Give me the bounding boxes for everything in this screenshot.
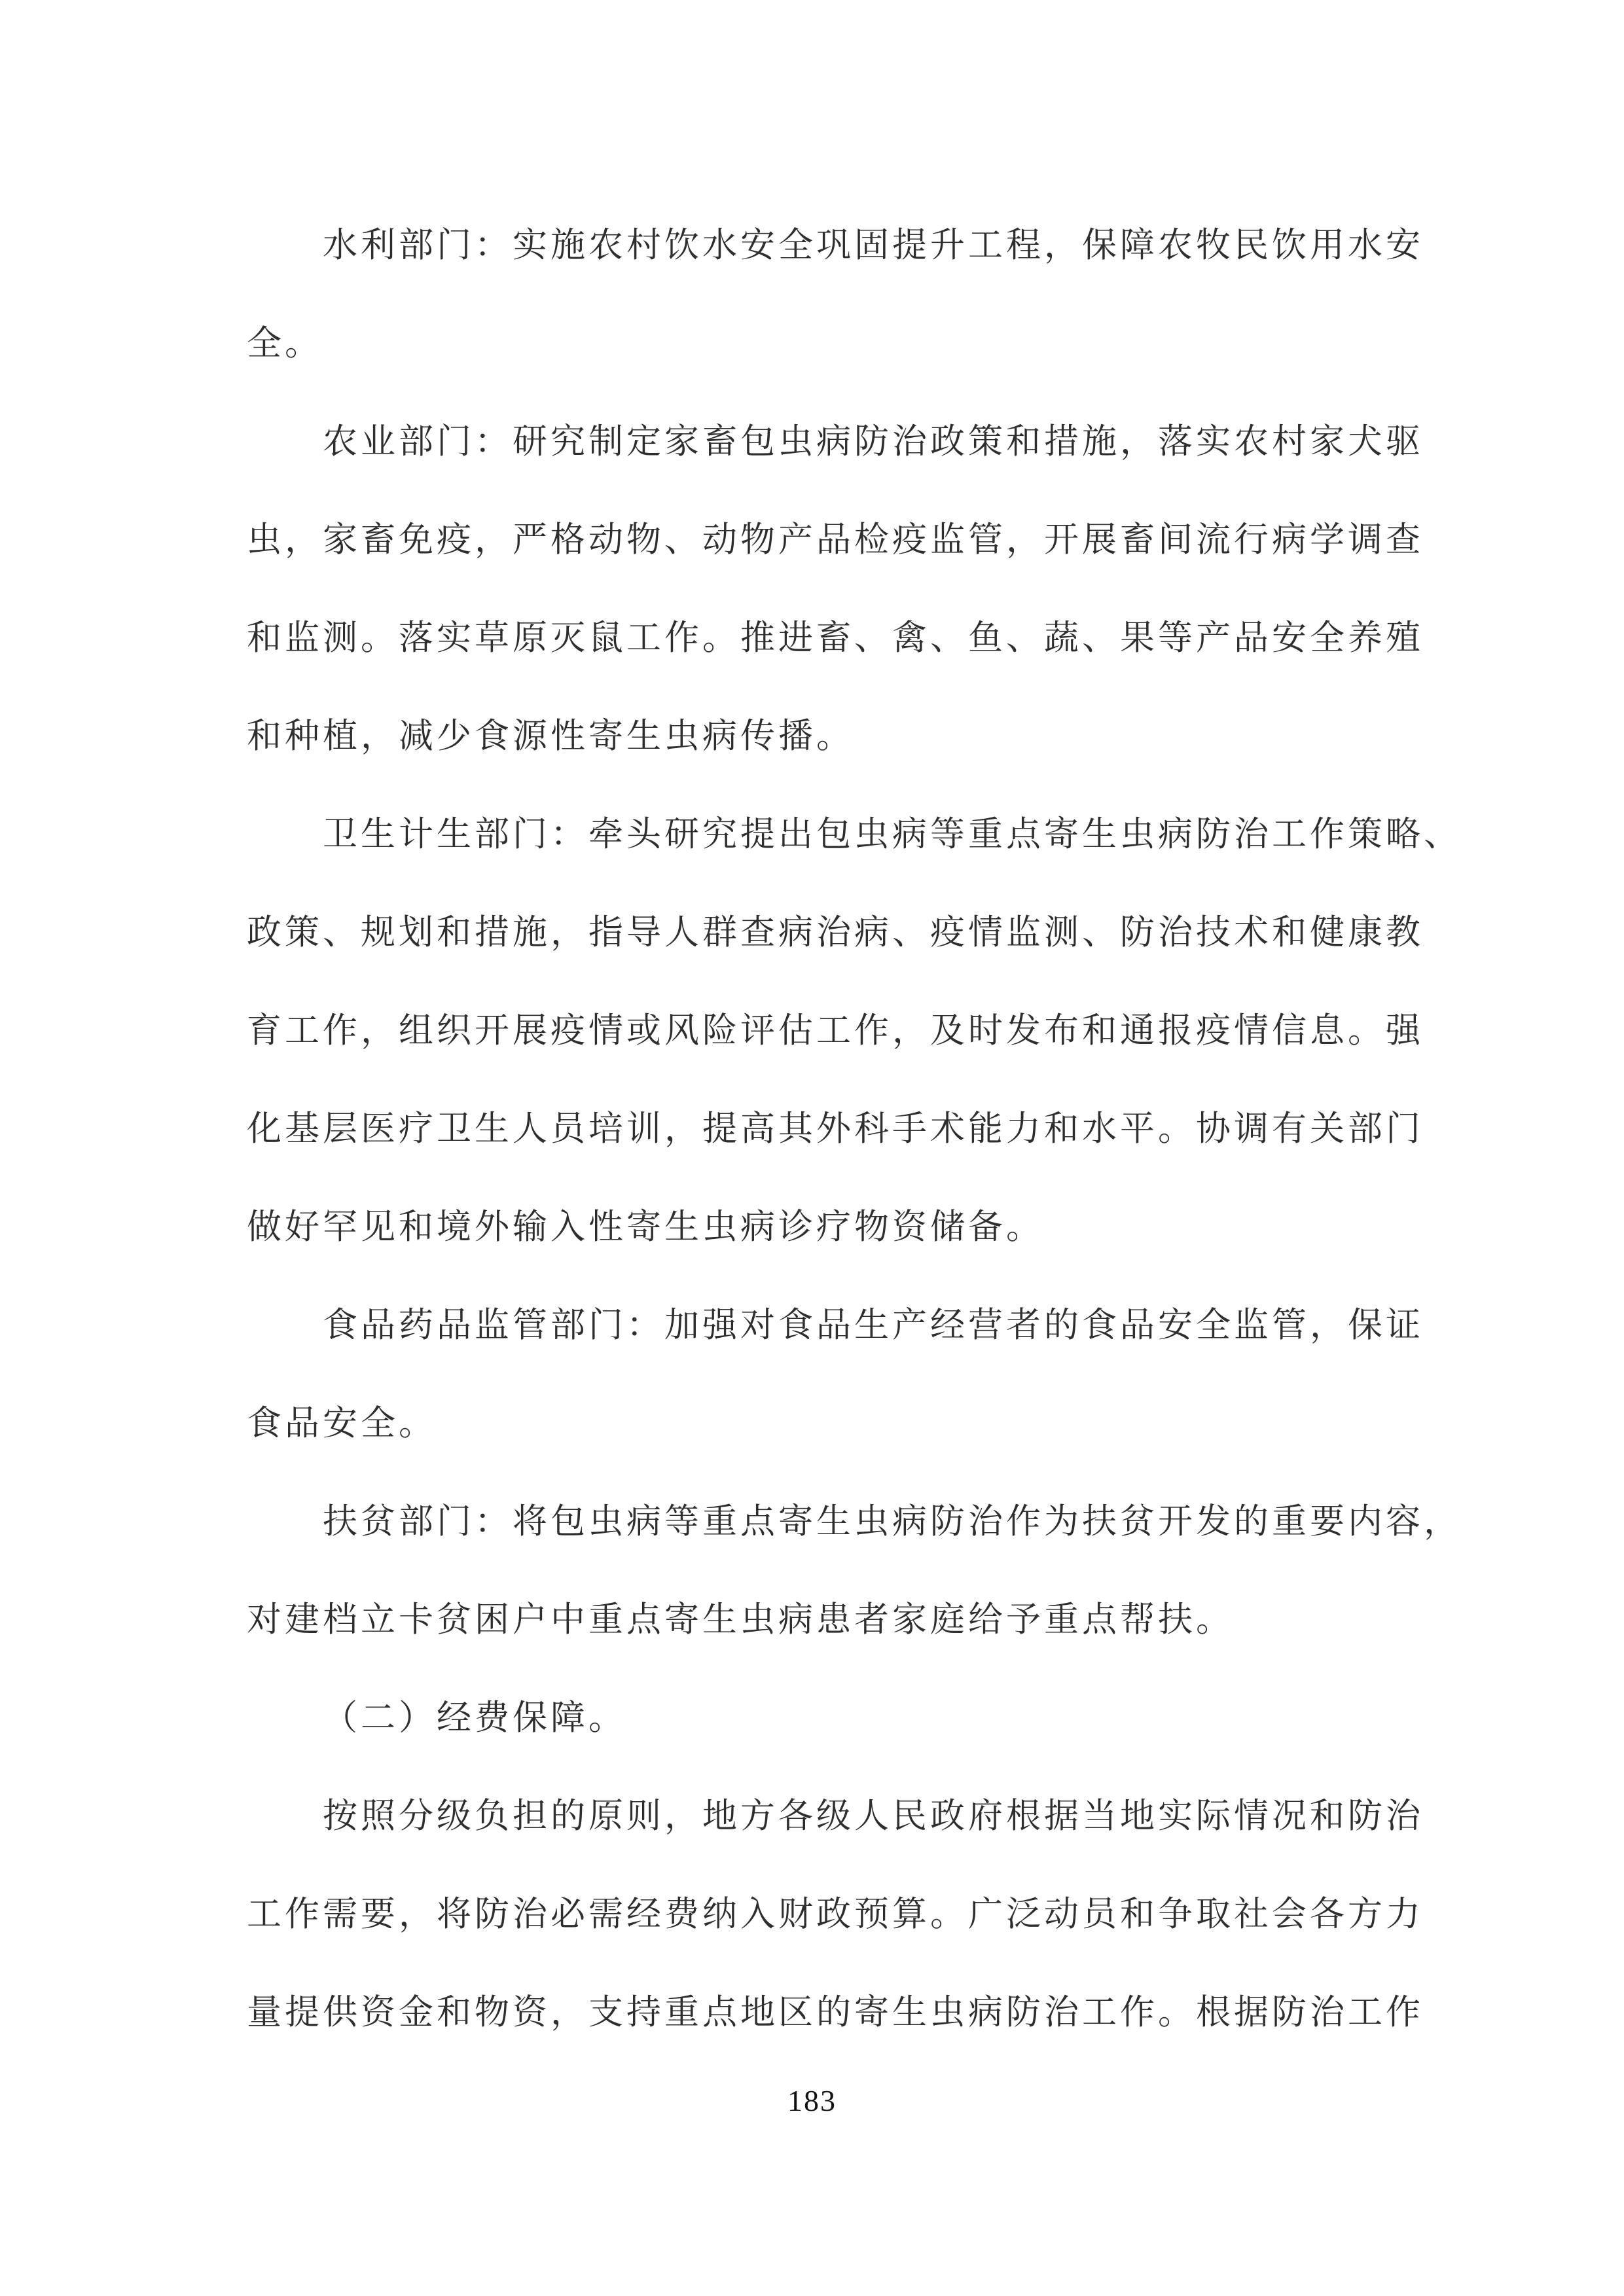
text-line-p2-l1: 农业部门：研究制定家畜包虫病防治政策和措施，落实农村家犬驱 — [247, 393, 1424, 491]
text-line-p3-l3: 育工作，组织开展疫情或风险评估工作，及时发布和通报疫情信息。强 — [247, 982, 1424, 1080]
text-line-p5-l1: 扶贫部门：将包虫病等重点寄生虫病防治作为扶贫开发的重要内容， — [247, 1473, 1424, 1571]
text-line-p2-l3: 和监测。落实草原灭鼠工作。推进畜、禽、鱼、蔬、果等产品安全养殖 — [247, 589, 1424, 687]
text-line-p7-l2: 工作需要，将防治必需经费纳入财政预算。广泛动员和争取社会各方力 — [247, 1865, 1424, 1964]
text-line-p6-l1: （二）经费保障。 — [247, 1669, 1424, 1767]
text-line-p7-l3: 量提供资金和物资，支持重点地区的寄生虫病防治工作。根据防治工作 — [247, 1964, 1424, 2062]
text-line-p7-l1: 按照分级负担的原则，地方各级人民政府根据当地实际情况和防治 — [247, 1767, 1424, 1865]
text-line-p4-l2: 食品安全。 — [247, 1374, 1424, 1473]
text-line-p2-l4: 和种植，减少食源性寄生虫病传播。 — [247, 687, 1424, 785]
document-page: 水利部门：实施农村饮水安全巩固提升工程，保障农牧民饮用水安全。农业部门：研究制定… — [0, 0, 1624, 2296]
text-line-p3-l1: 卫生计生部门：牵头研究提出包虫病等重点寄生虫病防治工作策略、 — [247, 785, 1424, 884]
text-area: 水利部门：实施农村饮水安全巩固提升工程，保障农牧民饮用水安全。农业部门：研究制定… — [247, 196, 1424, 2062]
page-number: 183 — [0, 2081, 1624, 2121]
text-line-p5-l2: 对建档立卡贫困户中重点寄生虫病患者家庭给予重点帮扶。 — [247, 1571, 1424, 1669]
text-line-p2-l2: 虫，家畜免疫，严格动物、动物产品检疫监管，开展畜间流行病学调查 — [247, 491, 1424, 589]
text-line-p4-l1: 食品药品监管部门：加强对食品生产经营者的食品安全监管，保证 — [247, 1276, 1424, 1374]
text-line-p1-l1: 水利部门：实施农村饮水安全巩固提升工程，保障农牧民饮用水安 — [247, 196, 1424, 295]
text-line-p3-l2: 政策、规划和措施，指导人群查病治病、疫情监测、防治技术和健康教 — [247, 884, 1424, 982]
text-line-p1-l2: 全。 — [247, 295, 1424, 393]
text-line-p3-l4: 化基层医疗卫生人员培训，提高其外科手术能力和水平。协调有关部门 — [247, 1080, 1424, 1178]
text-line-p3-l5: 做好罕见和境外输入性寄生虫病诊疗物资储备。 — [247, 1178, 1424, 1276]
